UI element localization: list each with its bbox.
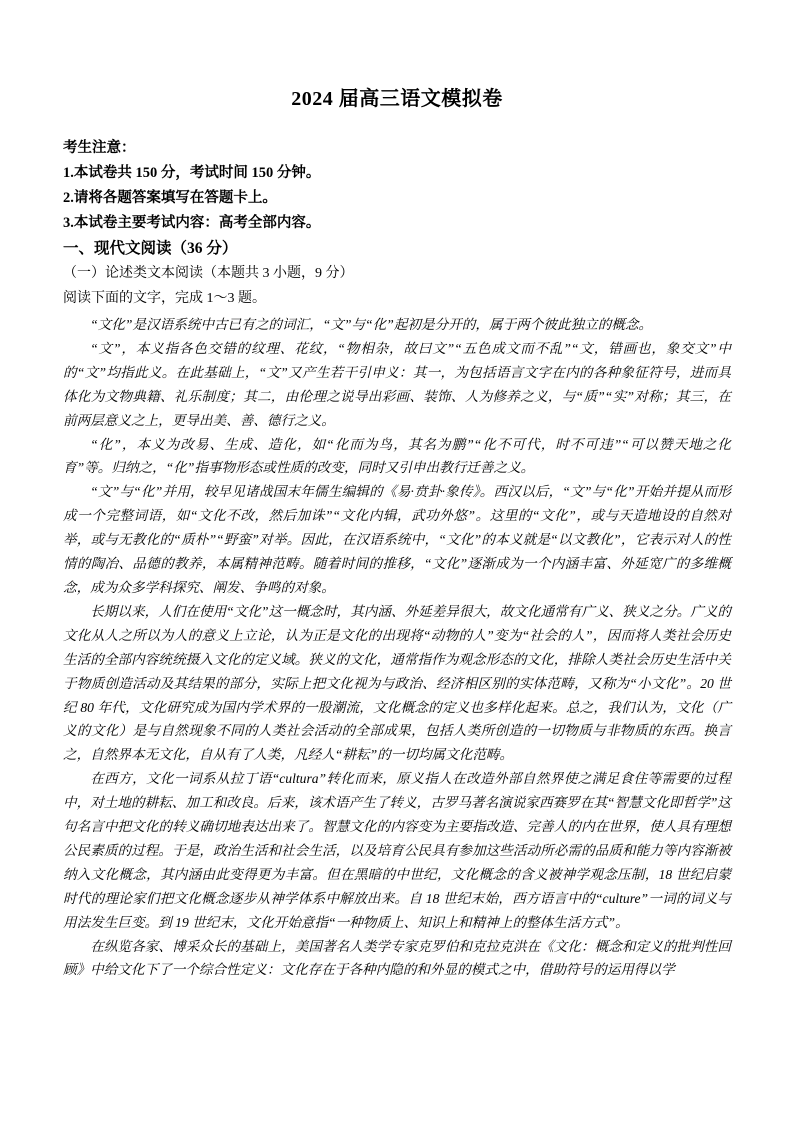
examinee-notice: 考生注意： 1.本试卷共 150 分，考试时间 150 分钟。2.请将各题答案填…: [63, 136, 731, 236]
passage-paragraph: 在纵览各家、博采众长的基础上，美国著名人类学专家克罗伯和克拉克洪在《文化：概念和…: [63, 935, 731, 983]
notice-items: 1.本试卷共 150 分，考试时间 150 分钟。2.请将各题答案填写在答题卡上…: [63, 161, 731, 236]
section-modern-text-reading: 一、现代文阅读（36 分） （一）论述类文本阅读（本题共 3 小题，9 分） 阅…: [63, 236, 731, 982]
passage-paragraph: “文”，本义指各色交错的纹理、花纹，“物相杂，故曰文”“五色成文而不乱”“文，错…: [63, 337, 731, 433]
section-heading: 一、现代文阅读（36 分）: [63, 236, 731, 261]
notice-item: 1.本试卷共 150 分，考试时间 150 分钟。: [63, 161, 731, 186]
passage-paragraph: 在西方，文化一词系从拉丁语“cultura”转化而来，原义指人在改造外部自然界使…: [63, 767, 731, 934]
reading-passage: “文化”是汉语系统中古已有之的词汇，“文”与“化”起初是分开的，属于两个彼此独立…: [63, 313, 731, 982]
notice-item: 3.本试卷主要考试内容：高考全部内容。: [63, 211, 731, 236]
passage-paragraph: “文化”是汉语系统中古已有之的词汇，“文”与“化”起初是分开的，属于两个彼此独立…: [63, 313, 731, 337]
passage-paragraph: 长期以来，人们在使用“文化”这一概念时，其内涵、外延差异很大，故文化通常有广义、…: [63, 600, 731, 767]
notice-heading: 考生注意：: [63, 136, 731, 161]
passage-paragraph: “文”与“化”并用，较早见诸战国末年儒生编辑的《易·贲卦·象传》。西汉以后，“文…: [63, 480, 731, 600]
exam-paper-page: 2024 届高三语文模拟卷 考生注意： 1.本试卷共 150 分，考试时间 15…: [0, 0, 793, 1122]
subsection-heading: （一）论述类文本阅读（本题共 3 小题，9 分）: [63, 261, 731, 286]
page-title: 2024 届高三语文模拟卷: [63, 86, 731, 112]
passage-paragraph: “化”，本义为改易、生成、造化，如“化而为鸟，其名为鹏”“化不可代，时不可违”“…: [63, 433, 731, 481]
reading-instruction: 阅读下面的文字，完成 1～3 题。: [63, 286, 731, 311]
notice-item: 2.请将各题答案填写在答题卡上。: [63, 186, 731, 211]
